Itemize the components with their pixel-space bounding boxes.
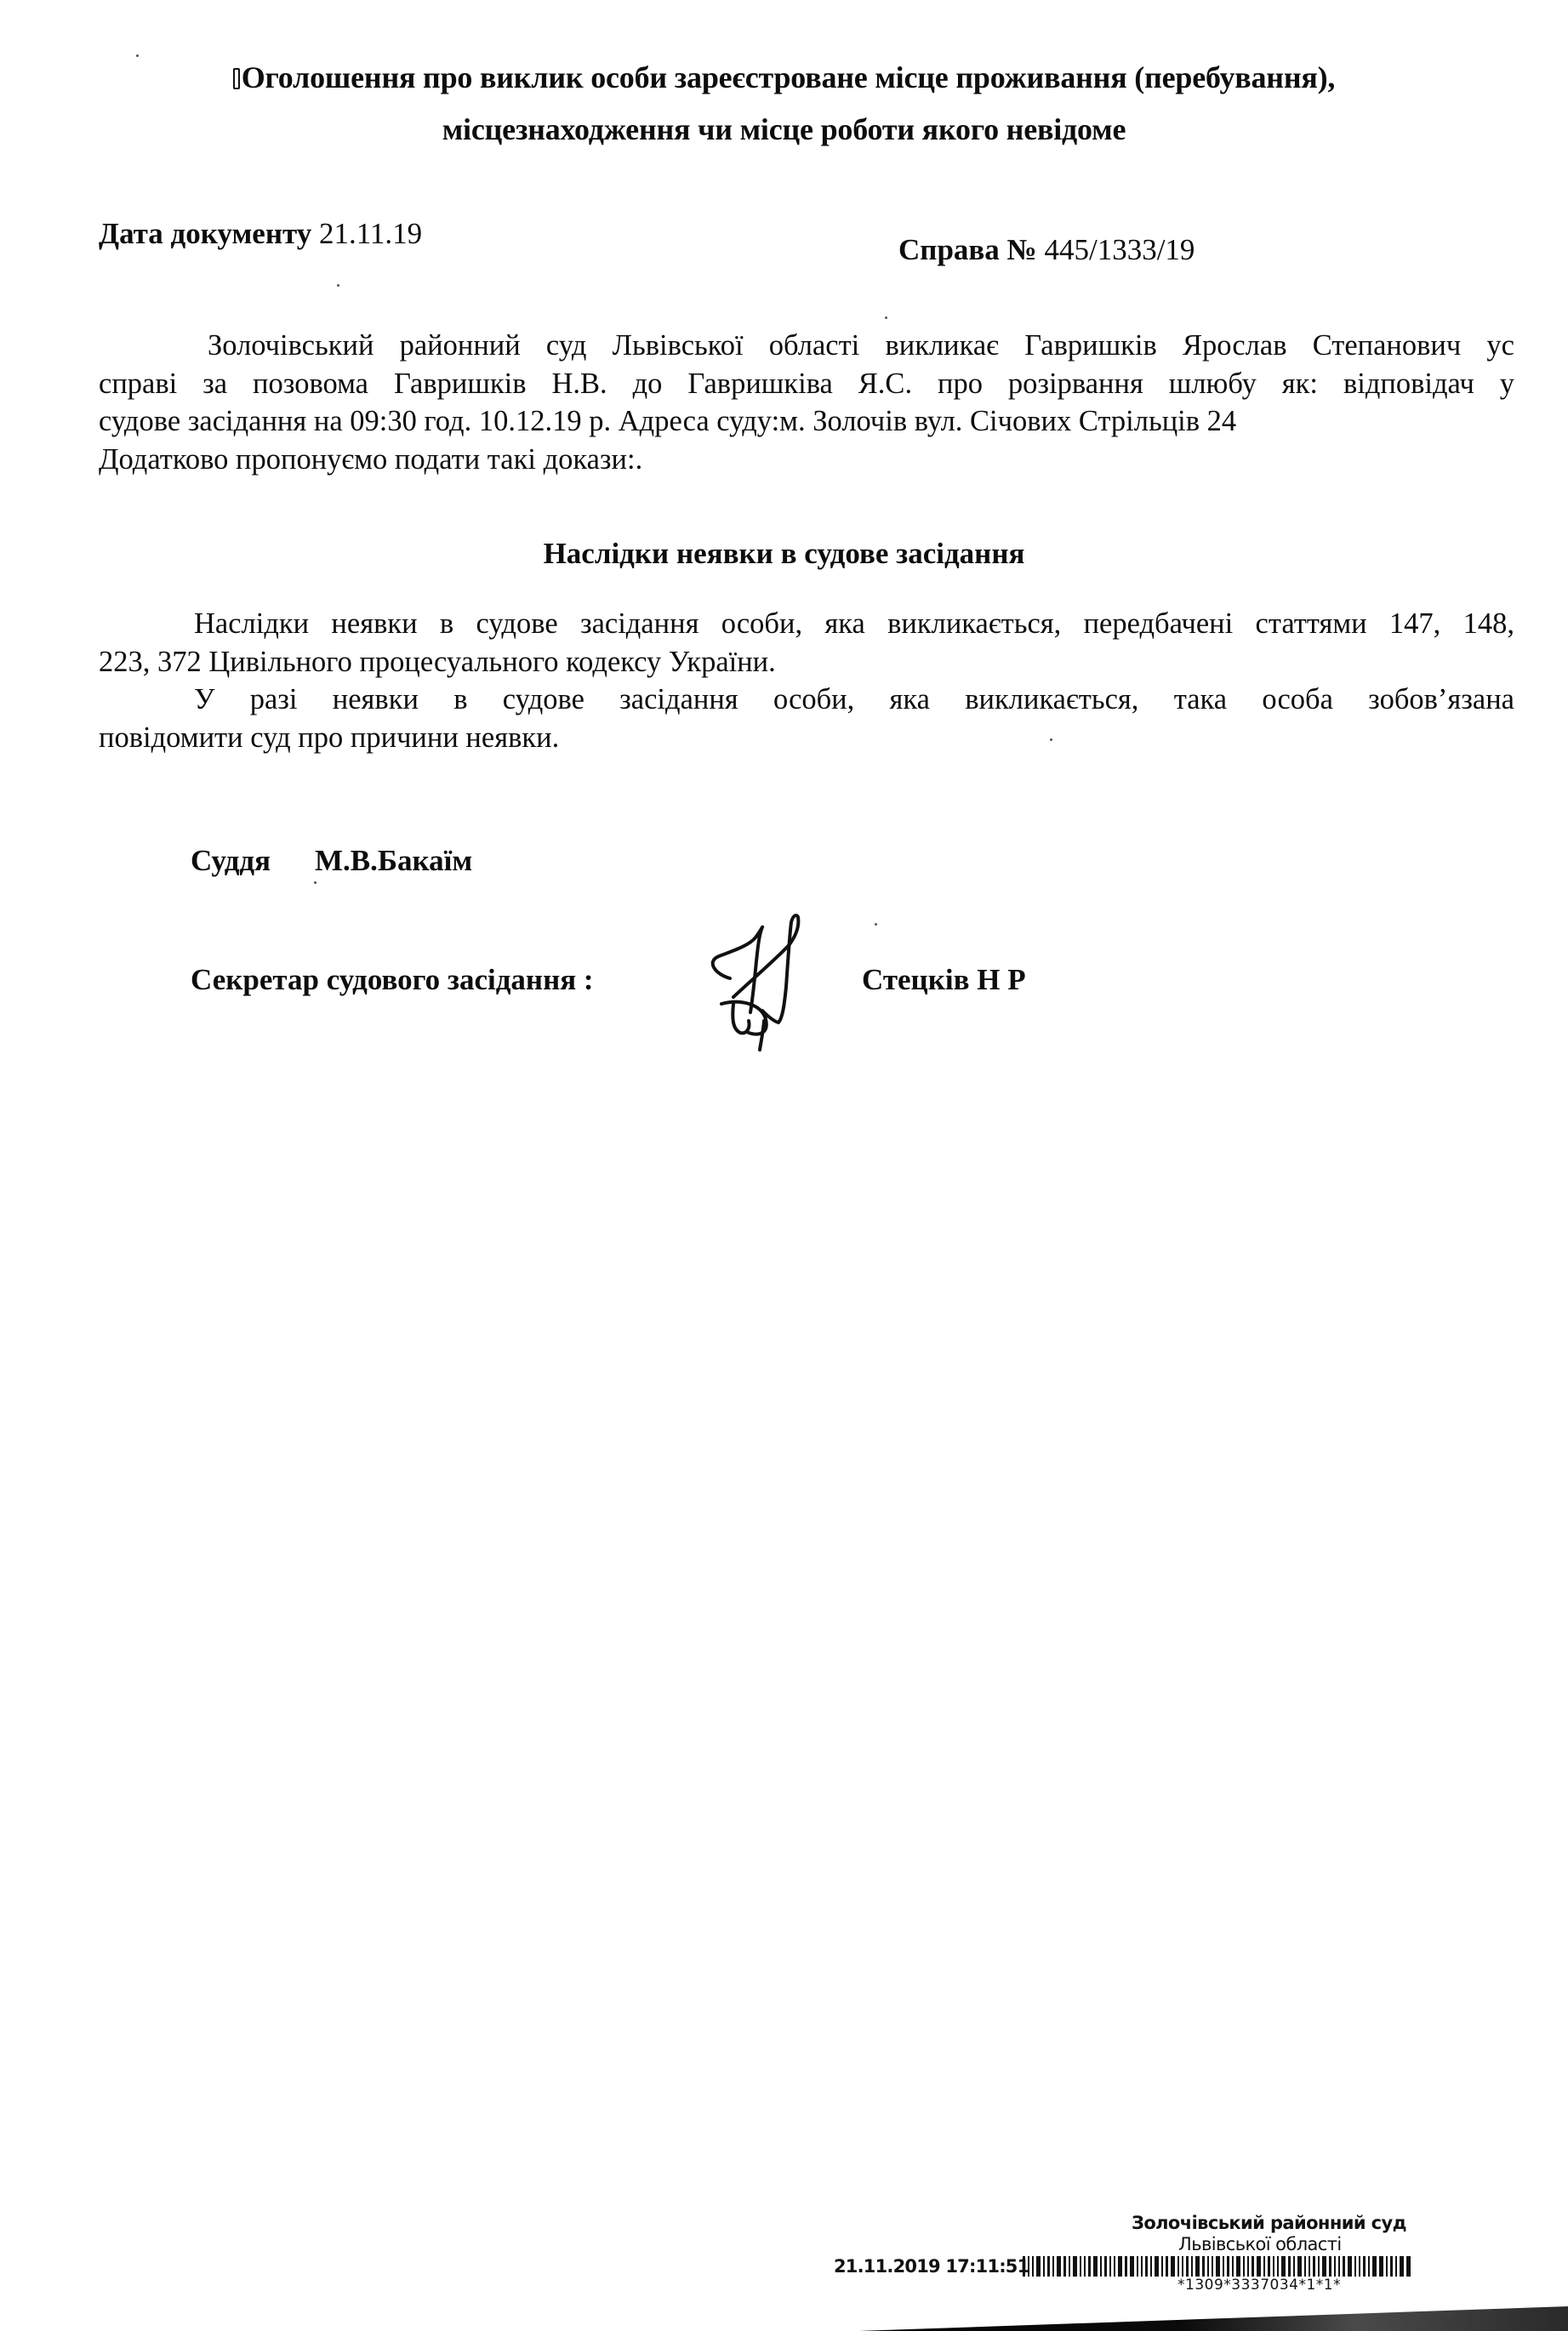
- stamp-court-name: Золочівський районний суд: [1132, 2212, 1406, 2234]
- handwritten-signature-icon: [681, 893, 851, 1063]
- case-number: Справа № 445/1333/19: [898, 231, 1195, 269]
- summons-line-2: справі за позовома Гавришків Н.В. до Гав…: [99, 365, 1514, 403]
- consequences-line-2: 223, 372 Цивільного процесуального кодек…: [99, 643, 1514, 681]
- scan-speck: [1050, 738, 1052, 741]
- judge-name: М.В.Бакаїм: [315, 842, 472, 880]
- date-label: Дата документу: [99, 217, 311, 250]
- date-value: 21.11.19: [319, 217, 422, 250]
- document-title-line-2: місцезнаходження чи місце роботи якого н…: [0, 110, 1568, 149]
- scan-speck: [337, 284, 339, 287]
- summons-line-4: Додатково пропонуємо подати такі докази:…: [99, 441, 1514, 479]
- scan-speck: [136, 54, 139, 57]
- document-date: Дата документу 21.11.19: [99, 215, 422, 253]
- obligation-line-1: У разі неявки в судове засідання особи, …: [99, 681, 1514, 719]
- obligation-line-2: повідомити суд про причини неявки.: [99, 719, 1514, 757]
- consequences-line-1: Наслідки неявки в судове засідання особи…: [99, 605, 1514, 643]
- judge-label: Суддя: [191, 842, 271, 880]
- case-value: 445/1333/19: [1044, 233, 1195, 266]
- scan-speck: [314, 881, 316, 884]
- section-heading: Наслідки неявки в судове засідання: [0, 535, 1568, 573]
- summons-line-1: Золочівський районний суд Львівської обл…: [99, 327, 1514, 365]
- summons-paragraph: Золочівський районний суд Львівської обл…: [99, 327, 1514, 478]
- document-title-line-1: Оголошення про виклик особи зареєстрован…: [0, 58, 1568, 97]
- scan-speck: [885, 316, 887, 319]
- secretary-name: Стецків Н Р: [862, 961, 1026, 999]
- missing-glyph-icon: [233, 68, 240, 89]
- summons-line-3: судове засідання на 09:30 год. 10.12.19 …: [99, 402, 1514, 441]
- stamp-court-region: Львівської області: [1178, 2233, 1342, 2255]
- stamp-datetime: 21.11.2019 17:11:51: [834, 2255, 1029, 2277]
- title-text-1: Оголошення про виклик особи зареєстрован…: [242, 60, 1335, 94]
- consequences-paragraphs: Наслідки неявки в судове засідання особи…: [99, 605, 1514, 756]
- secretary-label: Секретар судового засідання :: [191, 961, 594, 999]
- barcode-text: *1309*3337034*1*1*: [1177, 2277, 1341, 2294]
- barcode-icon: [1023, 2256, 1514, 2277]
- case-label: Справа №: [898, 233, 1037, 266]
- scan-speck: [875, 923, 877, 926]
